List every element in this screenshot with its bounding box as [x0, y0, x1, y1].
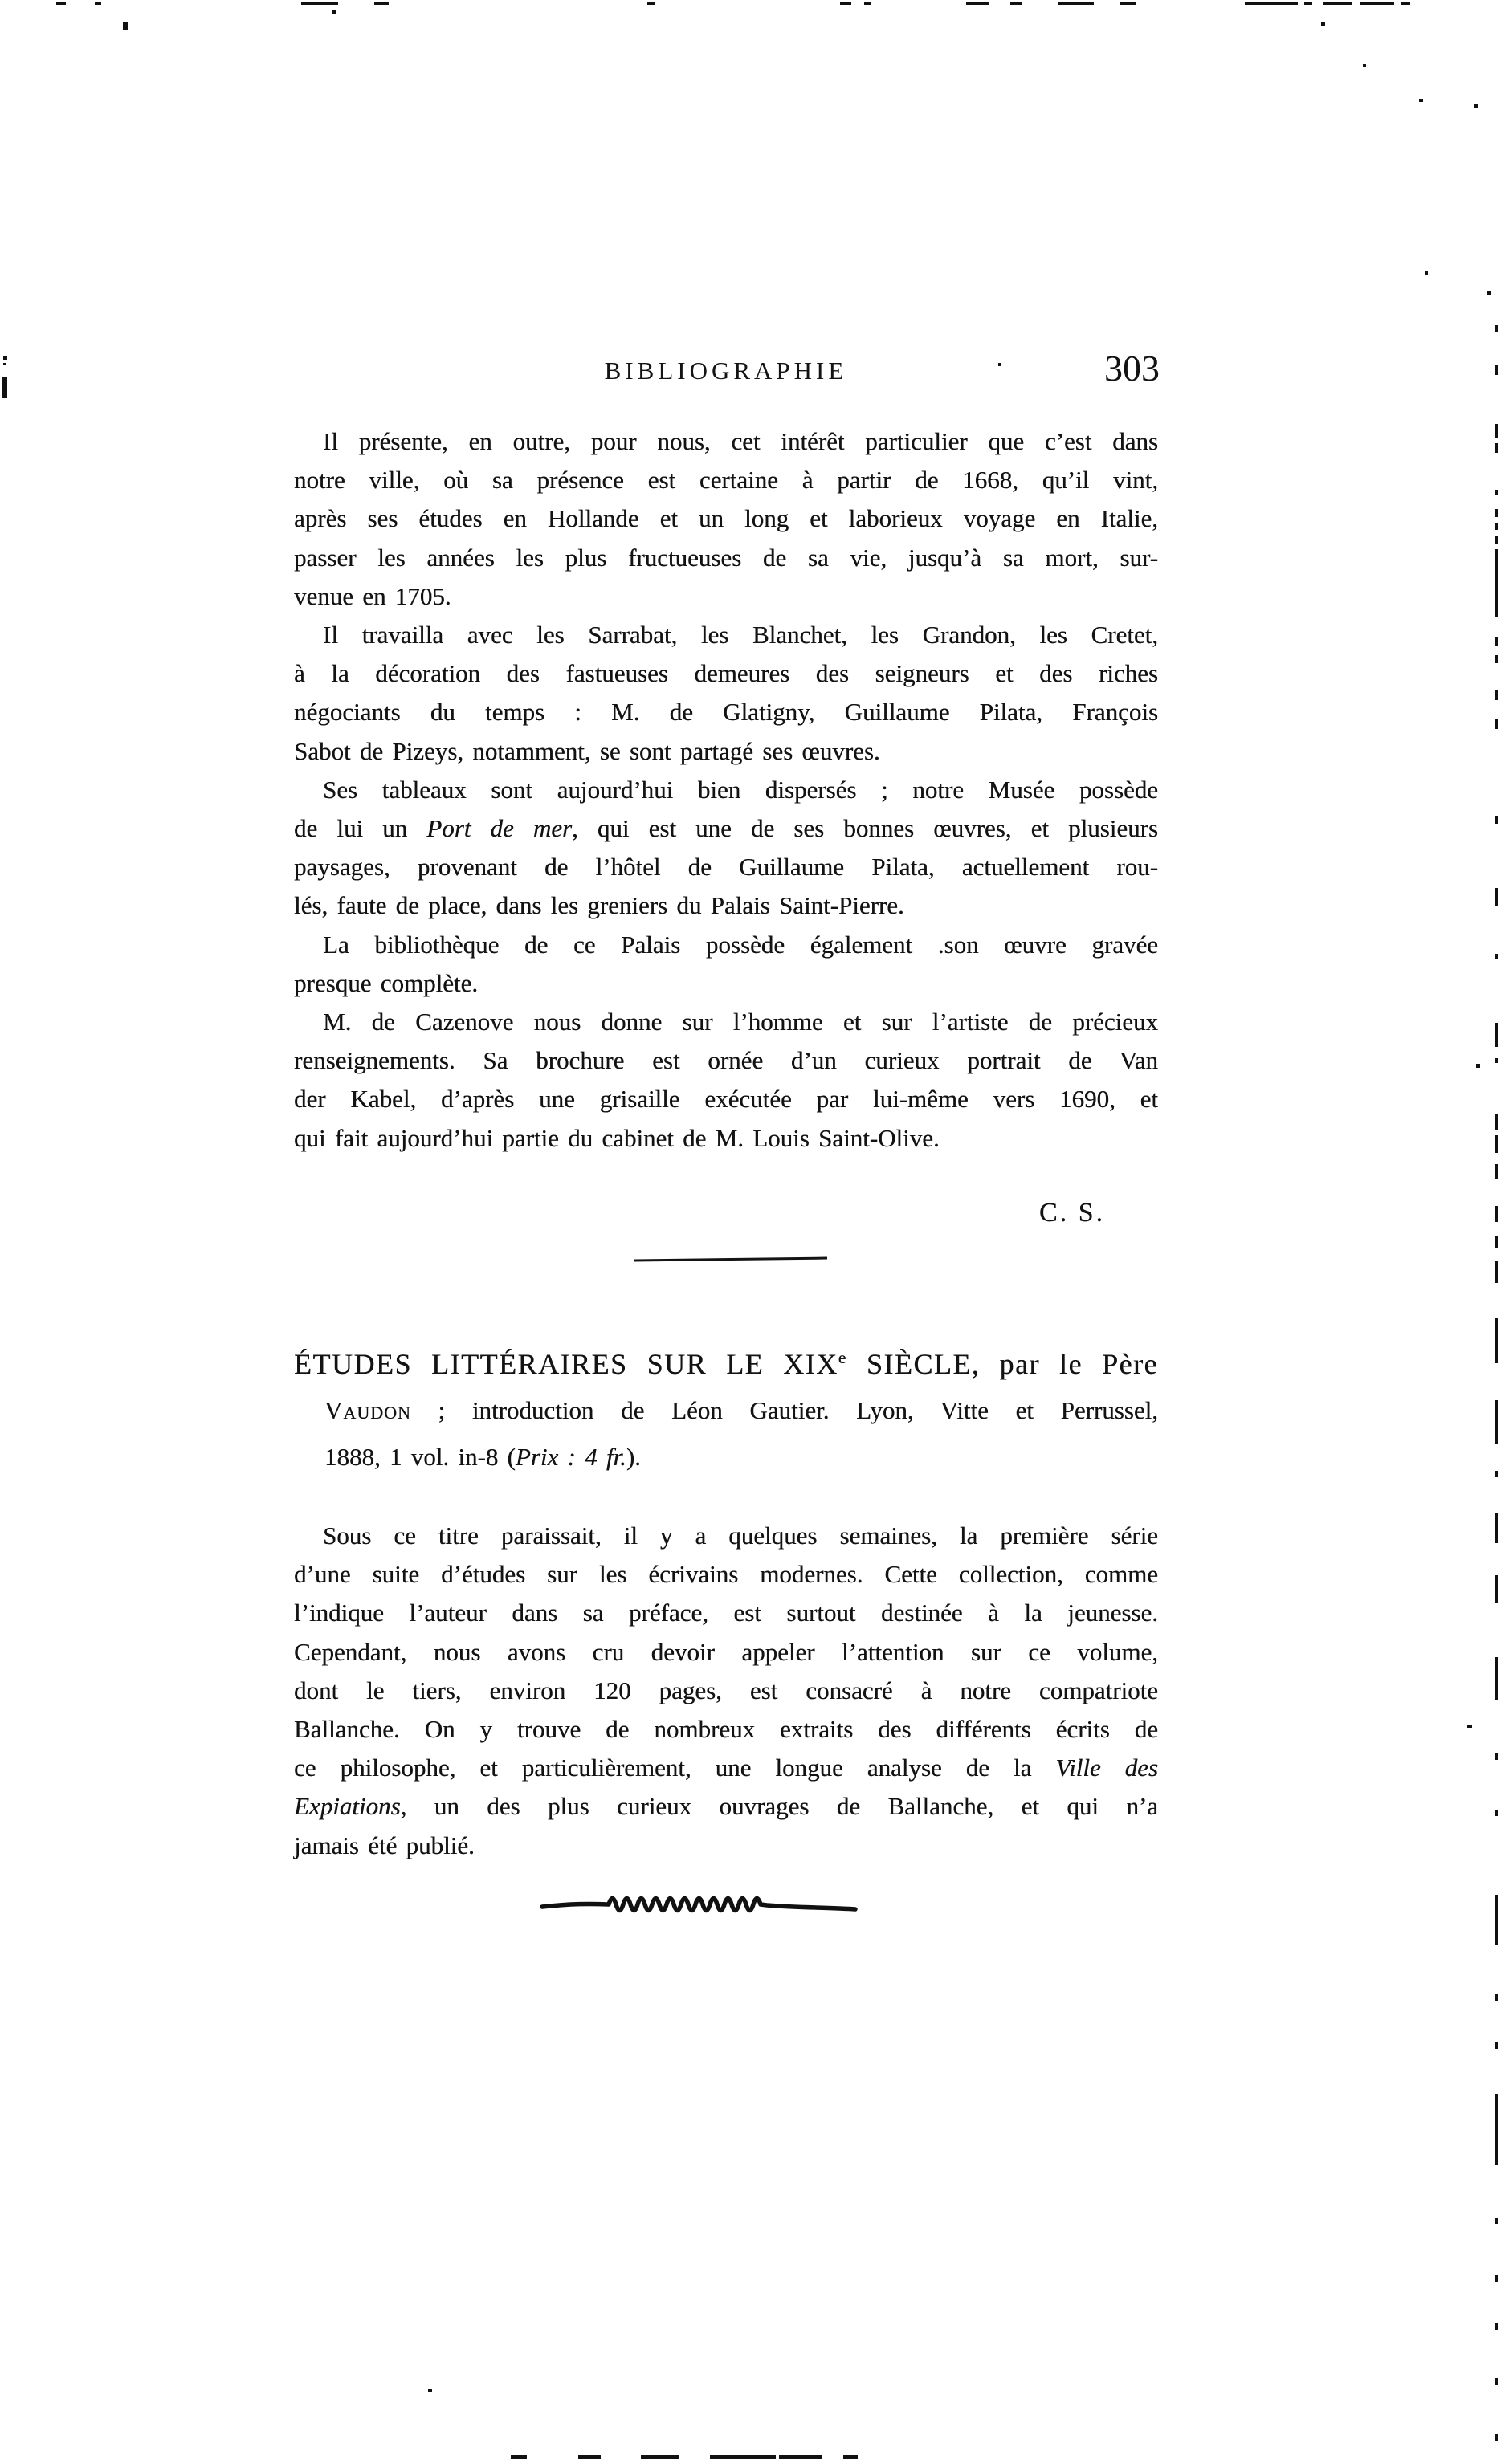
- scan-artifact: [1495, 1575, 1498, 1603]
- text-line: La bibliothèque de ce Palais possède éga…: [294, 926, 1158, 964]
- scan-artifact: [1495, 1261, 1498, 1283]
- scan-artifact: [710, 2455, 776, 2459]
- article-body-first: Il présente, en outre, pour nous, cet in…: [294, 422, 1158, 1158]
- scan-artifact: [95, 2, 101, 5]
- scan-artifact: [1495, 325, 1498, 332]
- text-line: renseignements. Sa brochure est ornée d’…: [294, 1041, 1158, 1080]
- page-number: 303: [1086, 347, 1160, 389]
- scan-artifact: [1495, 1513, 1498, 1543]
- scan-artifact: [966, 2, 989, 5]
- text-line: dont le tiers, environ 120 pages, est co…: [294, 1672, 1158, 1710]
- scan-artifact: [1360, 2, 1394, 5]
- scan-artifact: [1495, 1895, 1498, 1945]
- scan-artifact: [1495, 655, 1498, 663]
- text-line: M. de Cazenove nous donne sur l’homme et…: [294, 1003, 1158, 1041]
- text-line: Vaudon ; introduction de Léon Gautier. L…: [324, 1387, 1158, 1434]
- scan-artifact: [1495, 1206, 1498, 1222]
- article-body-second: Sous ce titre paraissait, il y a quelque…: [294, 1517, 1158, 1865]
- text-line: lés, faute de place, dans les greniers d…: [294, 886, 1158, 925]
- scan-artifact: [1476, 1064, 1480, 1068]
- scan-artifact: [641, 2455, 679, 2459]
- scan-artifact: [3, 356, 7, 360]
- text-line: presque complète.: [294, 964, 1158, 1003]
- text-line: Ballanche. On y trouve de nombreux extra…: [294, 1710, 1158, 1749]
- scan-artifact: [1495, 2275, 1498, 2282]
- text-line: de lui un Port de mer, qui est une de se…: [294, 809, 1158, 848]
- scan-artifact: [1495, 536, 1498, 544]
- text-line: Expiations, un des plus curieux ouvrages…: [294, 1787, 1158, 1826]
- squiggle-ornament: [540, 1890, 871, 1922]
- scan-artifact: [511, 2455, 527, 2459]
- text-line: notre ville, où sa présence est certaine…: [294, 461, 1158, 499]
- scan-artifact: [1495, 443, 1498, 453]
- scan-artifact: [374, 2, 389, 5]
- text-line: Il présente, en outre, pour nous, cet in…: [294, 422, 1158, 461]
- section-divider-rule: [634, 1257, 827, 1262]
- scan-artifact: [1495, 1810, 1498, 1816]
- text-line: après ses études en Hollande et un long …: [294, 499, 1158, 538]
- text-line: d’une suite d’études sur les écrivains m…: [294, 1555, 1158, 1594]
- scan-artifact: [1321, 22, 1325, 26]
- scan-artifact: [1363, 64, 1366, 67]
- scan-artifact: [1495, 1114, 1498, 1130]
- text-line: Ses tableaux sont aujourd’hui bien dispe…: [294, 771, 1158, 809]
- scan-artifact: [1495, 2434, 1498, 2441]
- scan-artifact: [1495, 1994, 1498, 2001]
- text-line: paysages, provenant de l’hôtel de Guilla…: [294, 848, 1158, 886]
- scan-artifact: [840, 2, 851, 5]
- text-line: Sabot de Pizeys, notamment, se sont part…: [294, 732, 1158, 771]
- text-line: ce philosophe, et particulièrement, une …: [294, 1749, 1158, 1787]
- scan-artifact: [1495, 1471, 1498, 1477]
- scan-artifact: [1419, 99, 1423, 102]
- scan-artifact: [1495, 1400, 1498, 1444]
- scan-artifact: [1495, 690, 1498, 700]
- text-line: négociants du temps : M. de Glatigny, Gu…: [294, 693, 1158, 731]
- scan-artifact: [1495, 719, 1498, 729]
- scan-artifact: [1495, 888, 1498, 906]
- text-line: passer les années les plus fructueuses d…: [294, 539, 1158, 577]
- scan-artifact: [1495, 424, 1498, 438]
- scan-artifact: [1495, 1164, 1498, 1179]
- scan-artifact: [1487, 291, 1491, 295]
- text-line: jamais été publié.: [294, 1827, 1158, 1865]
- scan-artifact: [1495, 637, 1498, 646]
- scan-artifact: [1010, 2, 1022, 5]
- scan-artifact: [428, 2389, 432, 2392]
- scan-artifact: [1474, 104, 1478, 108]
- scan-artifact: [1495, 2323, 1498, 2330]
- scan-artifact: [1495, 1318, 1498, 1363]
- scan-artifact: [1495, 2094, 1498, 2165]
- scan-artifact: [1495, 1058, 1498, 1063]
- scan-artifact: [56, 2, 66, 5]
- scan-artifact: [864, 2, 871, 5]
- scan-artifact: [332, 10, 336, 14]
- author-initials: C. S.: [294, 1198, 1105, 1228]
- scan-artifact: [1495, 509, 1498, 517]
- scan-artifact: [1495, 1657, 1498, 1700]
- scan-artifact: [1495, 954, 1498, 959]
- text-line: l’indique l’auteur dans sa préface, est …: [294, 1594, 1158, 1632]
- scan-artifact: [1495, 816, 1498, 824]
- scan-artifact: [1495, 2042, 1498, 2049]
- scan-artifact: [2, 377, 7, 398]
- text-line: der Kabel, d’après une grisaille exécuté…: [294, 1080, 1158, 1118]
- scan-artifact: [1425, 271, 1428, 275]
- scan-artifact: [301, 2, 338, 5]
- text-line: Sous ce titre paraissait, il y a quelque…: [294, 1517, 1158, 1555]
- scan-artifact: [647, 2, 655, 5]
- running-head-title: BIBLIOGRAPHIE: [294, 356, 1158, 385]
- scan-artifact: [1058, 2, 1094, 5]
- scan-artifact: [1401, 2, 1410, 5]
- text-line: Il travailla avec les Sarrabat, les Blan…: [294, 616, 1158, 654]
- text-line: qui fait aujourd’hui partie du cabinet d…: [294, 1119, 1158, 1158]
- scan-artifact: [1495, 2378, 1498, 2385]
- text-line: venue en 1705.: [294, 577, 1158, 616]
- scan-artifact: [123, 22, 128, 30]
- scan-artifact: [1495, 365, 1498, 375]
- text-line: 1888, 1 vol. in-8 (Prix : 4 fr.).: [324, 1434, 1158, 1480]
- scan-artifact: [1495, 1236, 1498, 1248]
- scan-artifact: [1495, 2218, 1498, 2224]
- scan-artifact: [1120, 2, 1136, 5]
- scan-artifact: [843, 2455, 858, 2459]
- scan-artifact: [578, 2455, 601, 2459]
- scan-artifact: [1323, 2, 1352, 5]
- scan-artifact: [3, 363, 6, 365]
- scan-artifact: [1304, 2, 1312, 5]
- scanned-book-page: BIBLIOGRAPHIE 303 Il présente, en outre,…: [0, 0, 1505, 2464]
- scan-artifact: [1467, 1725, 1472, 1728]
- text-line: ÉTUDES LITTÉRAIRES SUR LE XIXe SIÈCLE, p…: [294, 1334, 1158, 1387]
- scan-artifact: [1495, 523, 1498, 530]
- review-heading: ÉTUDES LITTÉRAIRES SUR LE XIXe SIÈCLE, p…: [294, 1334, 1158, 1480]
- scan-artifact: [1495, 1135, 1498, 1153]
- text-line: à la décoration des fastueuses demeures …: [294, 654, 1158, 693]
- scan-artifact: [1245, 2, 1298, 5]
- scan-artifact: [1495, 1023, 1498, 1047]
- scan-artifact: [779, 2455, 822, 2459]
- text-line: Cependant, nous avons cru devoir appeler…: [294, 1633, 1158, 1672]
- scan-artifact: [1495, 549, 1498, 617]
- scan-artifact: [1495, 1753, 1498, 1760]
- scan-artifact: [998, 363, 1001, 366]
- scan-artifact: [1495, 490, 1498, 495]
